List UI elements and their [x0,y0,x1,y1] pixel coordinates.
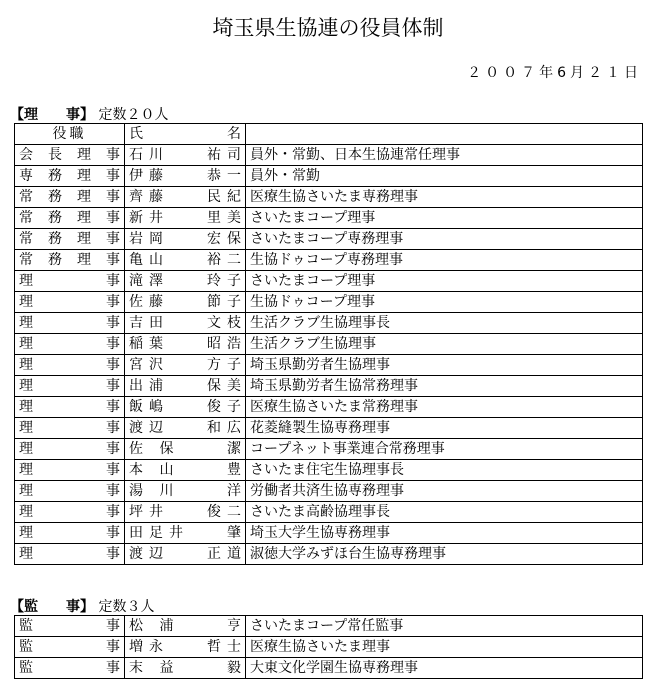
note-cell: 淑徳大学みずほ台生協専務理事 [246,544,643,565]
directors-quota: 定数２０人 [98,107,168,123]
name-cell: 岩岡宏保 [125,229,246,250]
table-row: 理事渡辺正道淑徳大学みずほ台生協専務理事 [15,544,643,565]
name-cell: 滝澤玲子 [125,271,246,292]
page-title: 埼玉県生協連の役員体制 [0,12,656,42]
note-cell: 医療生協さいたま専務理事 [246,187,643,208]
name-cell: 齊藤民紀 [125,187,246,208]
header-note [246,124,643,145]
table-row: 監事末 益毅大東文化学園生協専務理事 [15,658,643,679]
note-cell: 員外・常勤、日本生協連常任理事 [246,145,643,166]
table-row: 常務理事亀山裕二生協ドゥコープ専務理事 [15,250,643,271]
note-cell: さいたま住宅生協理事長 [246,460,643,481]
directors-rows: 会長理事石川祐司員外・常勤、日本生協連常任理事専務理事伊藤恭一員外・常勤常務理事… [15,145,643,565]
auditors-rows: 監事松 浦亨さいたまコープ常任監事監事増永哲士医療生協さいたま理事監事末 益毅大… [15,616,643,679]
note-cell: 埼玉県勤労者生協常務理事 [246,376,643,397]
table-header-row: 役職 氏名 [15,124,643,145]
table-row: 監事増永哲士医療生協さいたま理事 [15,637,643,658]
name-cell: 湯 川洋 [125,481,246,502]
auditors-heading-right: 事】 [66,599,94,615]
role-cell: 理事 [15,271,125,292]
table-row: 専務理事伊藤恭一員外・常勤 [15,166,643,187]
name-cell: 宮沢方子 [125,355,246,376]
note-cell: 生活クラブ生協理事長 [246,313,643,334]
table-row: 常務理事齊藤民紀医療生協さいたま専務理事 [15,187,643,208]
table-row: 理事滝澤玲子さいたまコープ理事 [15,271,643,292]
name-cell: 新井里美 [125,208,246,229]
role-cell: 専務理事 [15,166,125,187]
directors-heading-left: 【理 [10,107,38,123]
header-name: 氏名 [125,124,246,145]
role-cell: 理事 [15,355,125,376]
auditors-table: 監事松 浦亨さいたまコープ常任監事監事増永哲士医療生協さいたま理事監事末 益毅大… [14,615,643,679]
name-cell: 吉田文枝 [125,313,246,334]
auditors-heading-left: 【監 [10,599,38,615]
name-cell: 石川祐司 [125,145,246,166]
role-cell: 監事 [15,637,125,658]
note-cell: 花菱縫製生協専務理事 [246,418,643,439]
note-cell: 生協ドゥコープ専務理事 [246,250,643,271]
directors-table: 役職 氏名 会長理事石川祐司員外・常勤、日本生協連常任理事専務理事伊藤恭一員外・… [14,123,643,565]
name-cell: 亀山裕二 [125,250,246,271]
auditors-heading: 【監事】 定数３人 [10,596,154,616]
name-cell: 増永哲士 [125,637,246,658]
name-cell: 稲葉昭浩 [125,334,246,355]
note-cell: さいたまコープ理事 [246,208,643,229]
name-cell: 佐藤節子 [125,292,246,313]
name-cell: 坪井俊二 [125,502,246,523]
role-cell: 理事 [15,376,125,397]
note-cell: さいたまコープ常任監事 [246,616,643,637]
role-cell: 常務理事 [15,187,125,208]
table-row: 常務理事新井里美さいたまコープ理事 [15,208,643,229]
note-cell: 生協ドゥコープ理事 [246,292,643,313]
role-cell: 理事 [15,313,125,334]
role-cell: 監事 [15,616,125,637]
table-row: 理事佐 保潔コープネット事業連合常務理事 [15,439,643,460]
table-row: 理事宮沢方子埼玉県勤労者生協理事 [15,355,643,376]
table-row: 理事吉田文枝生活クラブ生協理事長 [15,313,643,334]
directors-heading: 【理事】 定数２０人 [10,104,168,124]
table-row: 理事渡辺和広花菱縫製生協専務理事 [15,418,643,439]
directors-heading-right: 事】 [66,107,94,123]
note-cell: さいたまコープ専務理事 [246,229,643,250]
note-cell: さいたま高齢協理事長 [246,502,643,523]
name-cell: 松 浦亨 [125,616,246,637]
role-cell: 理事 [15,544,125,565]
name-cell: 本 山豊 [125,460,246,481]
table-row: 理事田足井肇埼玉大学生協専務理事 [15,523,643,544]
note-cell: 埼玉大学生協専務理事 [246,523,643,544]
note-cell: 大東文化学園生協専務理事 [246,658,643,679]
note-cell: 労働者共済生協専務理事 [246,481,643,502]
role-cell: 常務理事 [15,229,125,250]
role-cell: 常務理事 [15,208,125,229]
role-cell: 会長理事 [15,145,125,166]
table-row: 理事湯 川洋労働者共済生協専務理事 [15,481,643,502]
name-cell: 伊藤恭一 [125,166,246,187]
role-cell: 理事 [15,502,125,523]
role-cell: 理事 [15,523,125,544]
auditors-quota: 定数３人 [98,599,154,615]
role-cell: 理事 [15,334,125,355]
note-cell: 医療生協さいたま理事 [246,637,643,658]
table-row: 理事佐藤節子生協ドゥコープ理事 [15,292,643,313]
role-cell: 理事 [15,397,125,418]
note-cell: コープネット事業連合常務理事 [246,439,643,460]
table-row: 理事本 山豊さいたま住宅生協理事長 [15,460,643,481]
table-row: 常務理事岩岡宏保さいたまコープ専務理事 [15,229,643,250]
note-cell: 員外・常勤 [246,166,643,187]
note-cell: 埼玉県勤労者生協理事 [246,355,643,376]
table-row: 理事坪井俊二さいたま高齢協理事長 [15,502,643,523]
table-row: 理事出浦保美埼玉県勤労者生協常務理事 [15,376,643,397]
role-cell: 理事 [15,481,125,502]
name-cell: 佐 保潔 [125,439,246,460]
note-cell: 医療生協さいたま常務理事 [246,397,643,418]
table-row: 会長理事石川祐司員外・常勤、日本生協連常任理事 [15,145,643,166]
role-cell: 理事 [15,439,125,460]
header-role: 役職 [15,124,125,145]
note-cell: 生活クラブ生協理事 [246,334,643,355]
role-cell: 理事 [15,418,125,439]
note-cell: さいたまコープ理事 [246,271,643,292]
name-cell: 渡辺正道 [125,544,246,565]
name-cell: 田足井肇 [125,523,246,544]
document-date: ２００７年6月２１日 [467,62,642,82]
table-row: 監事松 浦亨さいたまコープ常任監事 [15,616,643,637]
table-row: 理事稲葉昭浩生活クラブ生協理事 [15,334,643,355]
name-cell: 末 益毅 [125,658,246,679]
role-cell: 常務理事 [15,250,125,271]
name-cell: 飯嶋俊子 [125,397,246,418]
role-cell: 監事 [15,658,125,679]
role-cell: 理事 [15,460,125,481]
table-row: 理事飯嶋俊子医療生協さいたま常務理事 [15,397,643,418]
name-cell: 出浦保美 [125,376,246,397]
name-cell: 渡辺和広 [125,418,246,439]
role-cell: 理事 [15,292,125,313]
